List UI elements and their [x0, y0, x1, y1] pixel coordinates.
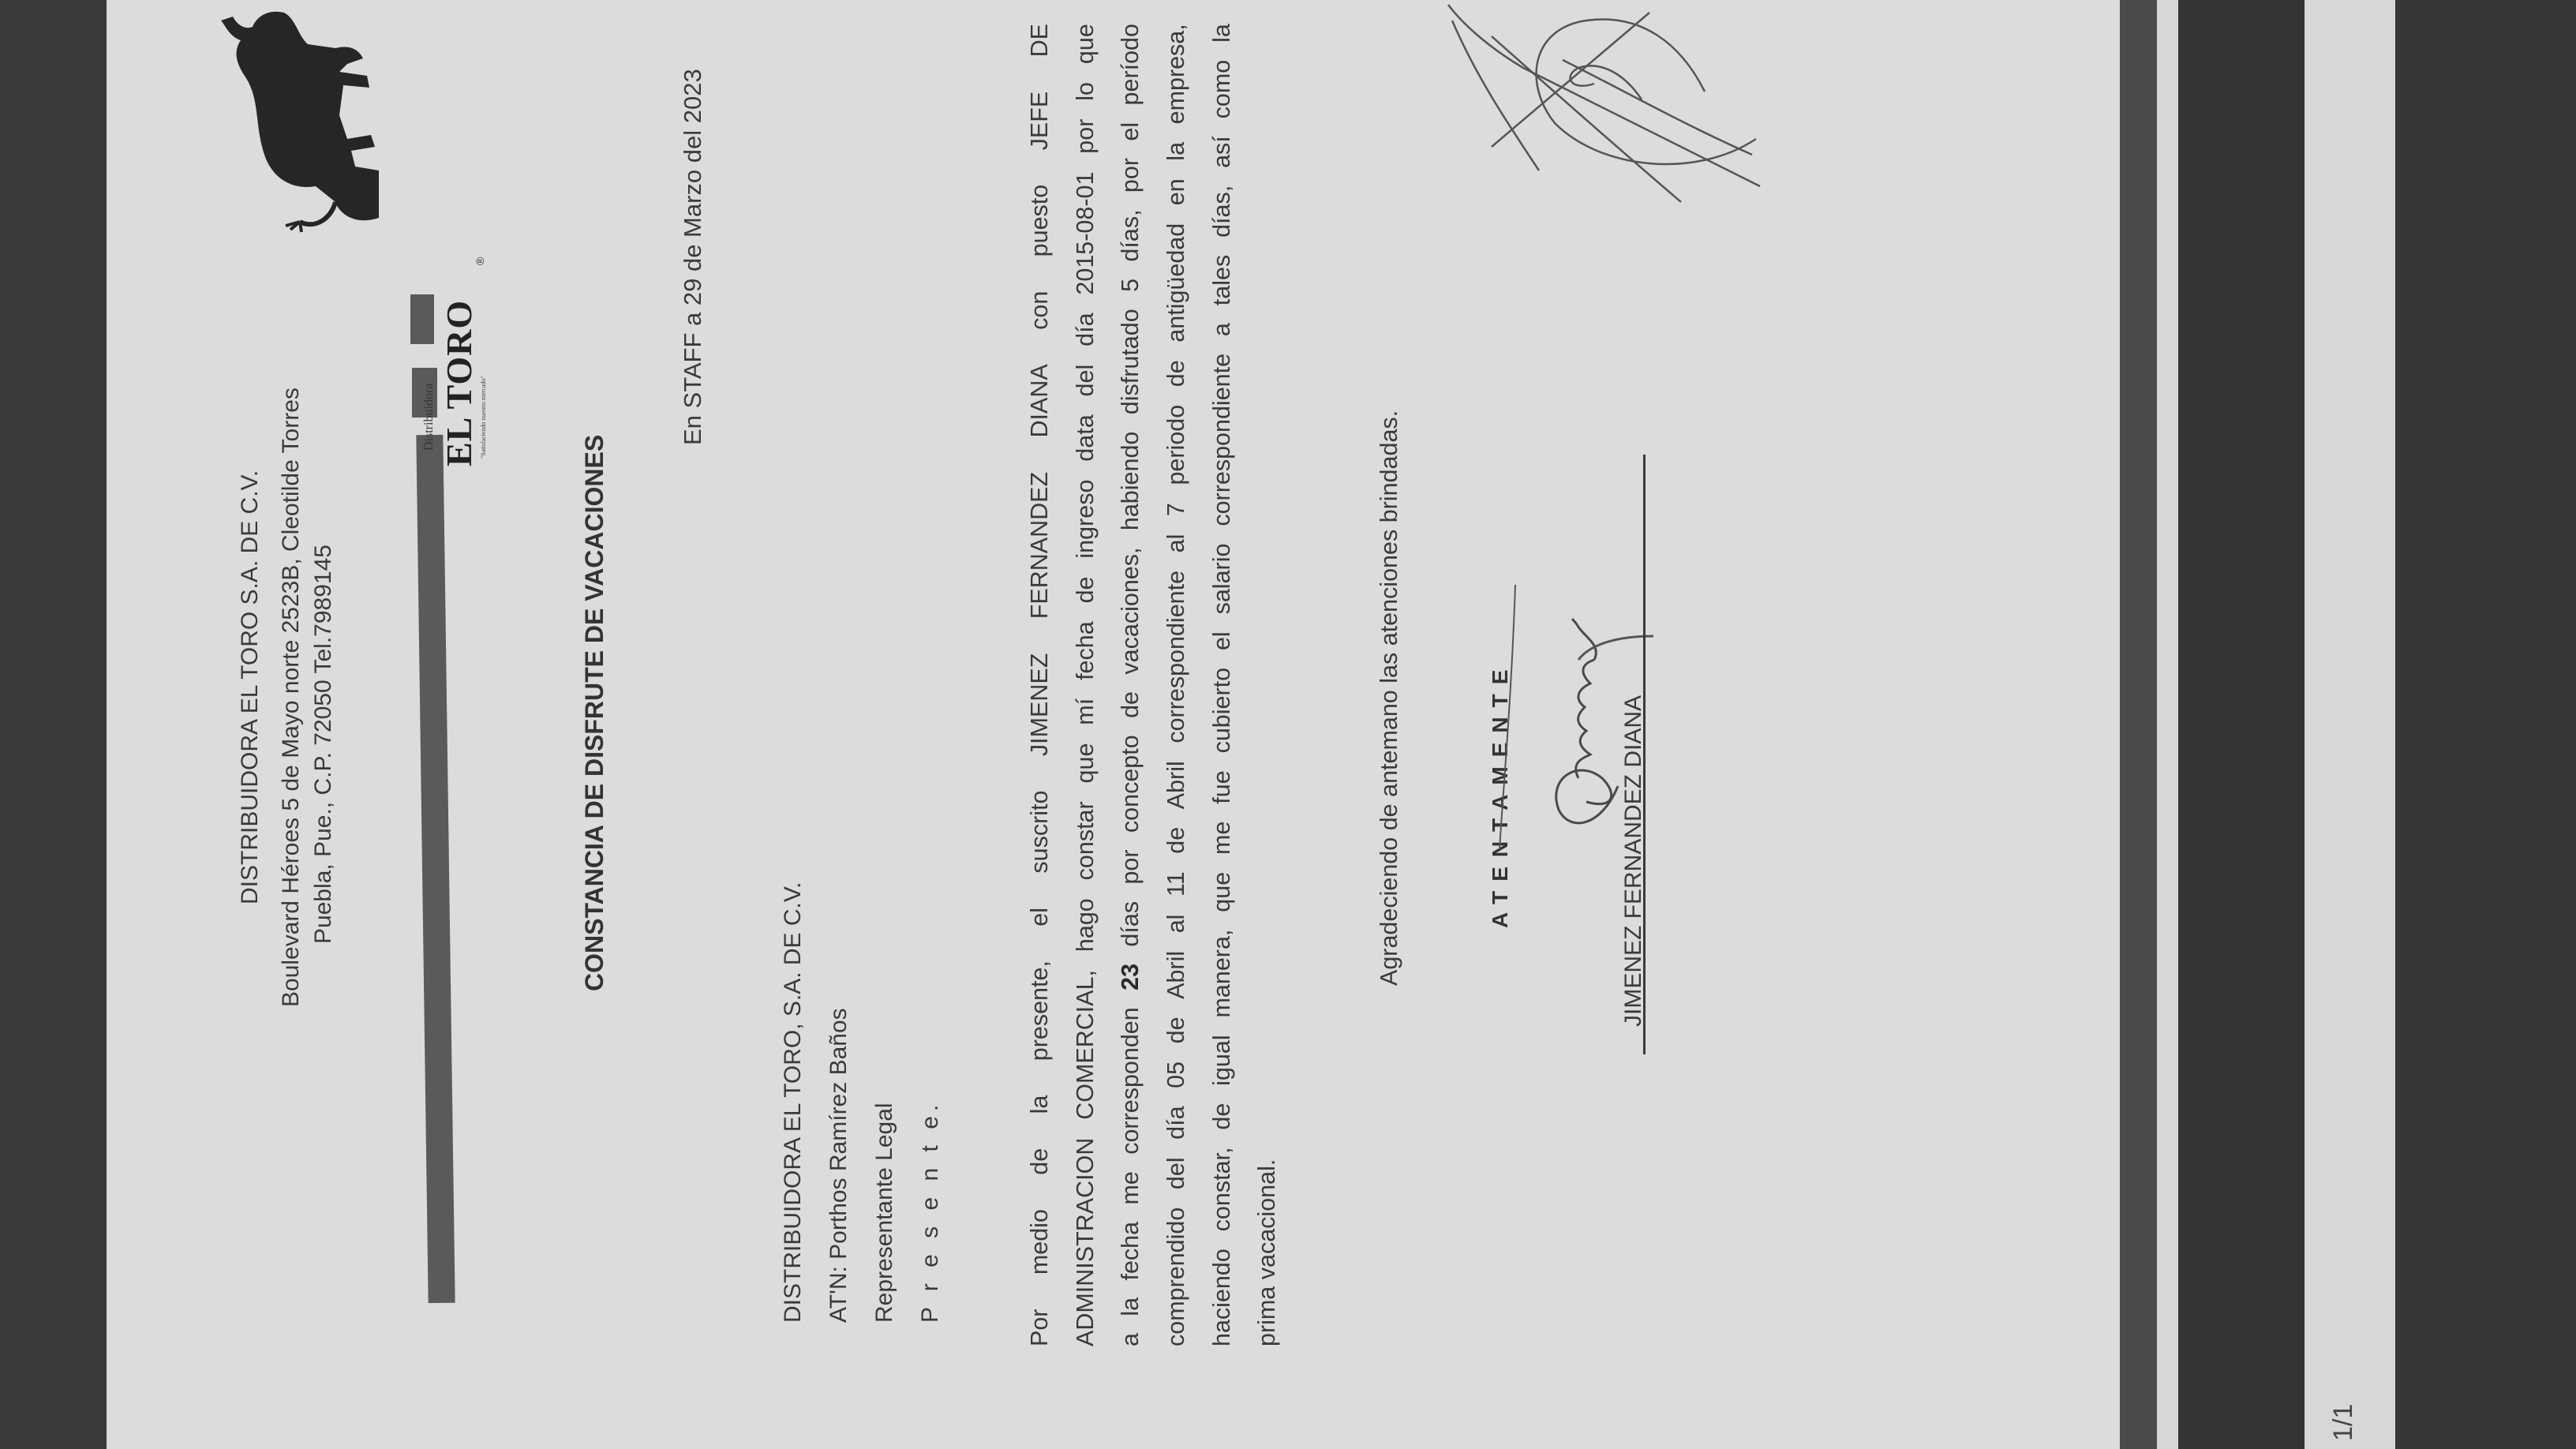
document-title: CONSTANCIA DE DISFRUTE DE VACACIONES [580, 435, 609, 991]
body-word: ADMINISTRACION [1072, 1138, 1099, 1346]
body-word: al [1163, 534, 1190, 553]
body-word: día [1163, 1106, 1190, 1139]
body-word: data [1072, 414, 1099, 461]
body-word: correspondiente [1208, 354, 1236, 526]
body-word: la [1208, 24, 1236, 43]
body-word: fecha [1072, 621, 1099, 680]
body-word: salario [1208, 544, 1236, 615]
signature-line [1643, 455, 1646, 1054]
place-date: En STAFF a 29 de Marzo del 2023 [679, 69, 707, 445]
body-line: haciendoconstar,deigualmanera,quemefuecu… [1208, 24, 1236, 1346]
body-word: 05 [1163, 1061, 1190, 1088]
body-word: así [1208, 136, 1236, 168]
body-word: de [1163, 360, 1190, 387]
body-word: la [1117, 1297, 1144, 1316]
body-word: a [1208, 323, 1236, 336]
body-word: puesto [1026, 185, 1054, 257]
body-word: días, [1117, 209, 1144, 261]
body-word: 7 [1163, 503, 1190, 516]
body-word: Abril [1163, 951, 1190, 999]
letterhead-company-name: DISTRIBUIDORA EL TORO S.A. DE C.V. [237, 470, 264, 904]
body-word: medio [1026, 1209, 1054, 1275]
body-word: día [1072, 313, 1099, 346]
body-word: haciendo [1208, 1249, 1236, 1346]
body-word: por [1072, 119, 1099, 154]
logo-small-text: Distribuidora [422, 384, 436, 451]
body-word: COMERCIAL, [1072, 970, 1099, 1120]
body-word: el [1208, 631, 1236, 650]
signature-scribble-icon [1444, 0, 1776, 218]
body-word: de [1026, 1148, 1054, 1175]
body-word: JEFE [1026, 92, 1054, 151]
body-word: que [1072, 743, 1099, 784]
body-line: comprendidodeldía05deAbrilal11deAbrilcor… [1163, 24, 1190, 1346]
body-word: como [1208, 60, 1236, 119]
body-word: el [1117, 122, 1144, 141]
body-word: de [1072, 576, 1099, 603]
bull-icon [197, 0, 402, 234]
body-word: con [1026, 291, 1054, 330]
body-word: habiendo [1117, 432, 1144, 531]
body-word: manera, [1208, 930, 1236, 1018]
body-word: igual [1208, 1035, 1236, 1085]
body-word: Abril [1163, 761, 1190, 809]
body-word: correspondiente [1163, 571, 1190, 743]
body-word: disfrutado [1117, 309, 1144, 414]
body-word: cubierto [1208, 668, 1236, 754]
decorative-stripe-short [410, 294, 434, 344]
body-word: lo [1072, 82, 1099, 101]
body-word: constar [1072, 801, 1099, 880]
thanks-text: Agradeciendo de antemano las atenciones … [1376, 410, 1403, 986]
letterhead-address: Boulevard Héroes 5 de Mayo norte 2523B, … [278, 388, 305, 1007]
body-word: por [1117, 158, 1144, 193]
body-word: 11 [1163, 871, 1190, 897]
body-word: JIMENEZ [1026, 653, 1054, 756]
body-word: el [1026, 908, 1054, 927]
body-word: constar, [1208, 1148, 1236, 1232]
body-word: de [1163, 1017, 1190, 1043]
recipient-attention: AT'N: Porthos Ramírez Baños [826, 1008, 852, 1323]
body-word: la [1026, 1095, 1054, 1114]
body-word: ingreso [1072, 480, 1099, 559]
body-word: Por [1026, 1309, 1054, 1346]
registered-icon: ® [474, 257, 486, 265]
body-word: de [1117, 691, 1144, 718]
body-word: hago [1072, 898, 1099, 952]
decorative-stripe-long [416, 435, 455, 1303]
body-line: Pormediodelapresente,elsuscritoJIMENEZFE… [1026, 24, 1054, 1346]
body-word: FERNANDEZ [1026, 472, 1054, 619]
document-page: DISTRIBUIDORA EL TORO S.A. DE C.V. Boule… [0, 0, 2576, 1449]
body-word: 2015-08-01 [1072, 172, 1099, 295]
body-word: que [1072, 24, 1099, 64]
body-word: DIANA [1026, 364, 1054, 437]
body-word: tales [1208, 255, 1236, 305]
body-word: por [1117, 849, 1144, 884]
body-word: mí [1072, 698, 1099, 725]
body-line: alafechamecorresponden23díasporconceptod… [1117, 24, 1144, 1346]
body-word: periodo [1163, 405, 1190, 485]
body-word: antigüedad [1163, 223, 1190, 343]
body-word: corresponden [1117, 1007, 1144, 1155]
body-word: en [1163, 178, 1190, 205]
body-word: DE [1026, 24, 1054, 57]
logo-tagline: "Satisfaciendo nuestro mercado" [480, 376, 487, 459]
body-word: a [1117, 1333, 1144, 1346]
body-word: me [1208, 822, 1236, 855]
body-line-last: prima vacacional. [1253, 1159, 1281, 1346]
recipient-role: Representante Legal [871, 1103, 898, 1323]
body-word: me [1117, 1171, 1144, 1204]
body-word: días, [1208, 185, 1236, 238]
body-word: 5 [1117, 279, 1144, 292]
body-word: presente, [1026, 960, 1054, 1061]
body-word: del [1072, 365, 1099, 397]
body-line: ADMINISTRACIONCOMERCIAL,hagoconstarquemí… [1072, 24, 1099, 1346]
vacation-days-number: 23 [1117, 964, 1144, 990]
body-word: días [1117, 901, 1144, 947]
body-word: comprendido [1163, 1207, 1190, 1346]
body-word: de [1208, 1103, 1236, 1130]
page-indicator: 1/1 [2328, 1404, 2359, 1441]
logo-main-text: EL TORO [438, 300, 480, 466]
recipient-company: DISTRIBUIDORA EL TORO, S.A. DE C.V. [780, 882, 807, 1324]
body-word: empresa, [1163, 24, 1190, 124]
body-word: suscrito [1026, 791, 1054, 874]
body-word: que [1208, 872, 1236, 912]
body-word: fue [1208, 770, 1236, 803]
body-word: concepto [1117, 735, 1144, 833]
body-word: del [1163, 1157, 1190, 1189]
body-word: al [1163, 915, 1190, 934]
letterhead-city: Puebla, Pue., C.P. 72050 Tel.7989145 [310, 545, 337, 944]
body-word: la [1163, 142, 1190, 161]
body-word: de [1163, 827, 1190, 854]
body-word: fecha [1117, 1222, 1144, 1281]
body-word: período [1117, 24, 1144, 105]
body-word: vacaciones, [1117, 548, 1144, 675]
recipient-greeting: P r e s e n t e. [917, 1100, 944, 1323]
